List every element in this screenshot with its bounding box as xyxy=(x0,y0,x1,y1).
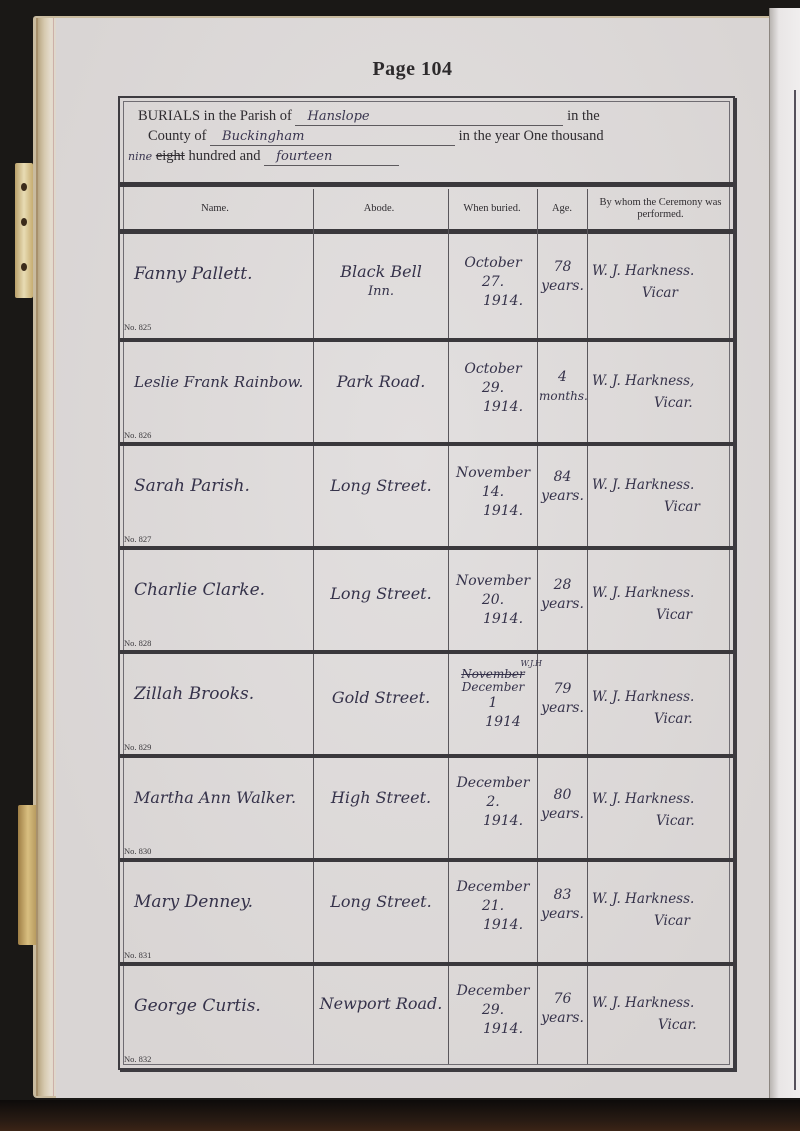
burial-entry: Leslie Frank Rainbow. Park Road. October… xyxy=(120,342,733,446)
burial-entry: Fanny Pallett. Black Bell Inn. October 2… xyxy=(120,234,733,338)
county-label: County of xyxy=(148,128,206,144)
entry-age: 79 years. xyxy=(539,680,586,718)
entry-abode: Long Street. xyxy=(315,476,447,496)
entry-burial-date: October 29. 1914. xyxy=(450,360,536,417)
entry-burial-date: December 21. 1914. xyxy=(450,878,536,935)
parish-field: Hanslope xyxy=(295,109,563,126)
entry-number: No. 831 xyxy=(124,950,151,960)
entry-name: Martha Ann Walker. xyxy=(134,788,296,808)
entry-name: Charlie Clarke. xyxy=(134,580,265,600)
entry-age: 80 years. xyxy=(539,786,586,824)
entry-age: 4 months. xyxy=(539,368,586,406)
burial-entry: Charlie Clarke. Long Street. November 20… xyxy=(120,550,733,654)
entry-burial-date: December 29. 1914. xyxy=(450,982,536,1039)
burial-entry: Mary Denney. Long Street. December 21. 1… xyxy=(120,862,733,966)
facing-page-edge xyxy=(769,8,800,1098)
entry-number: No. 827 xyxy=(124,534,151,544)
binding-tape-top xyxy=(15,163,33,298)
correction-initials: W.J.H xyxy=(521,654,542,673)
entry-number: No. 832 xyxy=(124,1054,151,1064)
column-header-officiant: By whom the Ceremony was performed. xyxy=(588,189,733,229)
column-header-row: Name. Abode. When buried. Age. By whom t… xyxy=(120,189,733,229)
entry-number: No. 825 xyxy=(124,322,151,332)
desk-surface xyxy=(0,1100,800,1131)
entry-name: Leslie Frank Rainbow. xyxy=(134,372,303,392)
entry-burial-date: November 20. 1914. xyxy=(450,572,536,629)
burial-entry: George Curtis. Newport Road. December 29… xyxy=(120,966,733,1070)
heading-suffix: in the xyxy=(567,108,600,124)
heading-prefix: BURIALS in the Parish of xyxy=(138,108,292,124)
entry-name: Fanny Pallett. xyxy=(134,264,253,284)
hundred-and-text: hundred and xyxy=(188,148,260,164)
page-gutter xyxy=(36,18,56,1096)
entry-officiant: W. J. Harkness. Vicar. xyxy=(592,686,732,730)
page-number: Page 104 xyxy=(56,58,769,81)
entry-officiant: W. J. Harkness, Vicar. xyxy=(592,370,732,414)
entry-officiant: W. J. Harkness. Vicar xyxy=(592,260,732,304)
entry-officiant: W. J. Harkness. Vicar. xyxy=(592,992,732,1036)
register-page: Page 104 BURIALS in the Parish of Hanslo… xyxy=(56,18,769,1098)
burial-entry: Sarah Parish. Long Street. November 14. … xyxy=(120,446,733,550)
column-header-when-buried: When buried. xyxy=(448,189,536,229)
entry-number: No. 830 xyxy=(124,846,151,856)
entry-officiant: W. J. Harkness. Vicar. xyxy=(592,788,732,832)
entry-age: 78 years. xyxy=(539,258,586,296)
year-text: in the year One thousand xyxy=(459,128,604,144)
burial-entry: Zillah Brooks. Gold Street. W.J.H Novemb… xyxy=(120,654,733,758)
column-header-name: Name. xyxy=(120,189,310,229)
entry-officiant: W. J. Harkness. Vicar xyxy=(592,474,732,518)
entry-officiant: W. J. Harkness. Vicar xyxy=(592,582,732,626)
entry-burial-date: November 14. 1914. xyxy=(450,464,536,521)
column-header-age: Age. xyxy=(538,189,586,229)
entry-officiant: W. J. Harkness. Vicar xyxy=(592,888,732,932)
century-struck: eight xyxy=(156,148,185,164)
entry-burial-date: October 27. 1914. xyxy=(450,254,536,311)
entry-abode: Newport Road. xyxy=(315,994,447,1014)
entry-name: Zillah Brooks. xyxy=(134,684,254,704)
year-field: fourteen xyxy=(264,149,399,166)
entry-number: No. 829 xyxy=(124,742,151,752)
entry-name: George Curtis. xyxy=(134,996,261,1016)
entry-age: 28 years. xyxy=(539,576,586,614)
entry-burial-date: December 2. 1914. xyxy=(450,774,536,831)
century-correction: nine xyxy=(128,150,152,163)
entry-abode: Long Street. xyxy=(315,892,447,912)
entry-abode: Park Road. xyxy=(315,372,447,392)
entry-burial-date: W.J.H November December 1 1914 xyxy=(450,668,536,732)
register-heading: BURIALS in the Parish of Hanslope in the… xyxy=(128,106,725,170)
entry-age: 83 years. xyxy=(539,886,586,924)
entry-age: 76 years. xyxy=(539,990,586,1028)
county-field: Buckingham xyxy=(210,129,455,146)
entry-abode: Long Street. xyxy=(315,584,447,604)
header-top-rule xyxy=(120,182,733,187)
entry-number: No. 828 xyxy=(124,638,151,648)
entry-name: Mary Denney. xyxy=(134,892,253,912)
column-header-abode: Abode. xyxy=(312,189,446,229)
entry-name: Sarah Parish. xyxy=(134,476,250,496)
burial-entry: Martha Ann Walker. High Street. December… xyxy=(120,758,733,862)
entry-abode: Gold Street. xyxy=(315,688,447,708)
entry-number: No. 826 xyxy=(124,430,151,440)
entry-abode: Black Bell Inn. xyxy=(315,262,447,302)
entry-abode: High Street. xyxy=(315,788,447,808)
entry-age: 84 years. xyxy=(539,468,586,506)
register-frame: BURIALS in the Parish of Hanslope in the… xyxy=(118,96,735,1070)
